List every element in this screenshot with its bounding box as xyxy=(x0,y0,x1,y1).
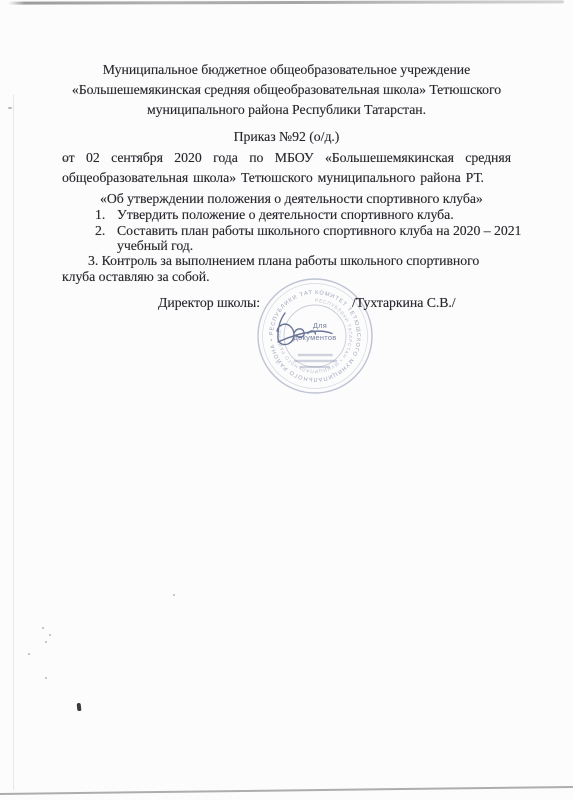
order-subject: «Об утверждении положения о деятельности… xyxy=(100,191,540,207)
scan-speck xyxy=(42,627,44,629)
item-1-text: Утвердить положение о деятельности спорт… xyxy=(117,207,529,223)
order-intro-paragraph: от 02 сентября 2020 года по МБОУ «Больше… xyxy=(62,148,511,187)
scan-edge-left-artifact xyxy=(13,95,14,790)
scan-speck xyxy=(45,641,47,643)
scan-speck xyxy=(8,107,12,109)
order-number-title: Приказ №92 (о/д.) xyxy=(62,129,511,145)
scanned-order-page: Муниципальное бюджетное общеобразователь… xyxy=(0,0,573,800)
director-label: Директор школы: xyxy=(158,295,260,311)
scan-speck xyxy=(45,677,47,679)
org-header-line-1: Муниципальное бюджетное общеобразователь… xyxy=(62,60,511,80)
scan-speck xyxy=(28,653,30,655)
order-item-1: 1. Утвердить положение о деятельности сп… xyxy=(95,207,529,223)
scan-speck xyxy=(49,634,51,636)
ink-blot-mark xyxy=(77,703,82,711)
org-header-line-3: муниципального района Республики Татарст… xyxy=(62,100,511,120)
round-stamp: КОМИТЕТ ТЕТЮШСКОГО МУНИЦИПАЛЬНОГО РАЙОНА… xyxy=(255,276,375,396)
stamp-illegible-text-rows xyxy=(295,355,336,367)
item-2-number: 2. xyxy=(95,223,117,254)
org-header-line-2: «Большешемякинская средняя общеобразоват… xyxy=(62,80,511,100)
order-items-list: 1. Утвердить положение о деятельности сп… xyxy=(95,207,529,254)
item-1-number: 1. xyxy=(95,207,117,223)
item-2-text: Составить план работы школьного спортивн… xyxy=(117,223,529,254)
stamp-center-line-1: Для xyxy=(313,321,327,330)
scan-speck xyxy=(173,594,175,596)
scan-edge-top-artifact xyxy=(8,0,564,4)
order-item-2: 2. Составить план работы школьного спорт… xyxy=(95,223,529,254)
org-header: Муниципальное бюджетное общеобразователь… xyxy=(62,60,511,120)
scan-edge-bottom-artifact xyxy=(0,786,573,795)
